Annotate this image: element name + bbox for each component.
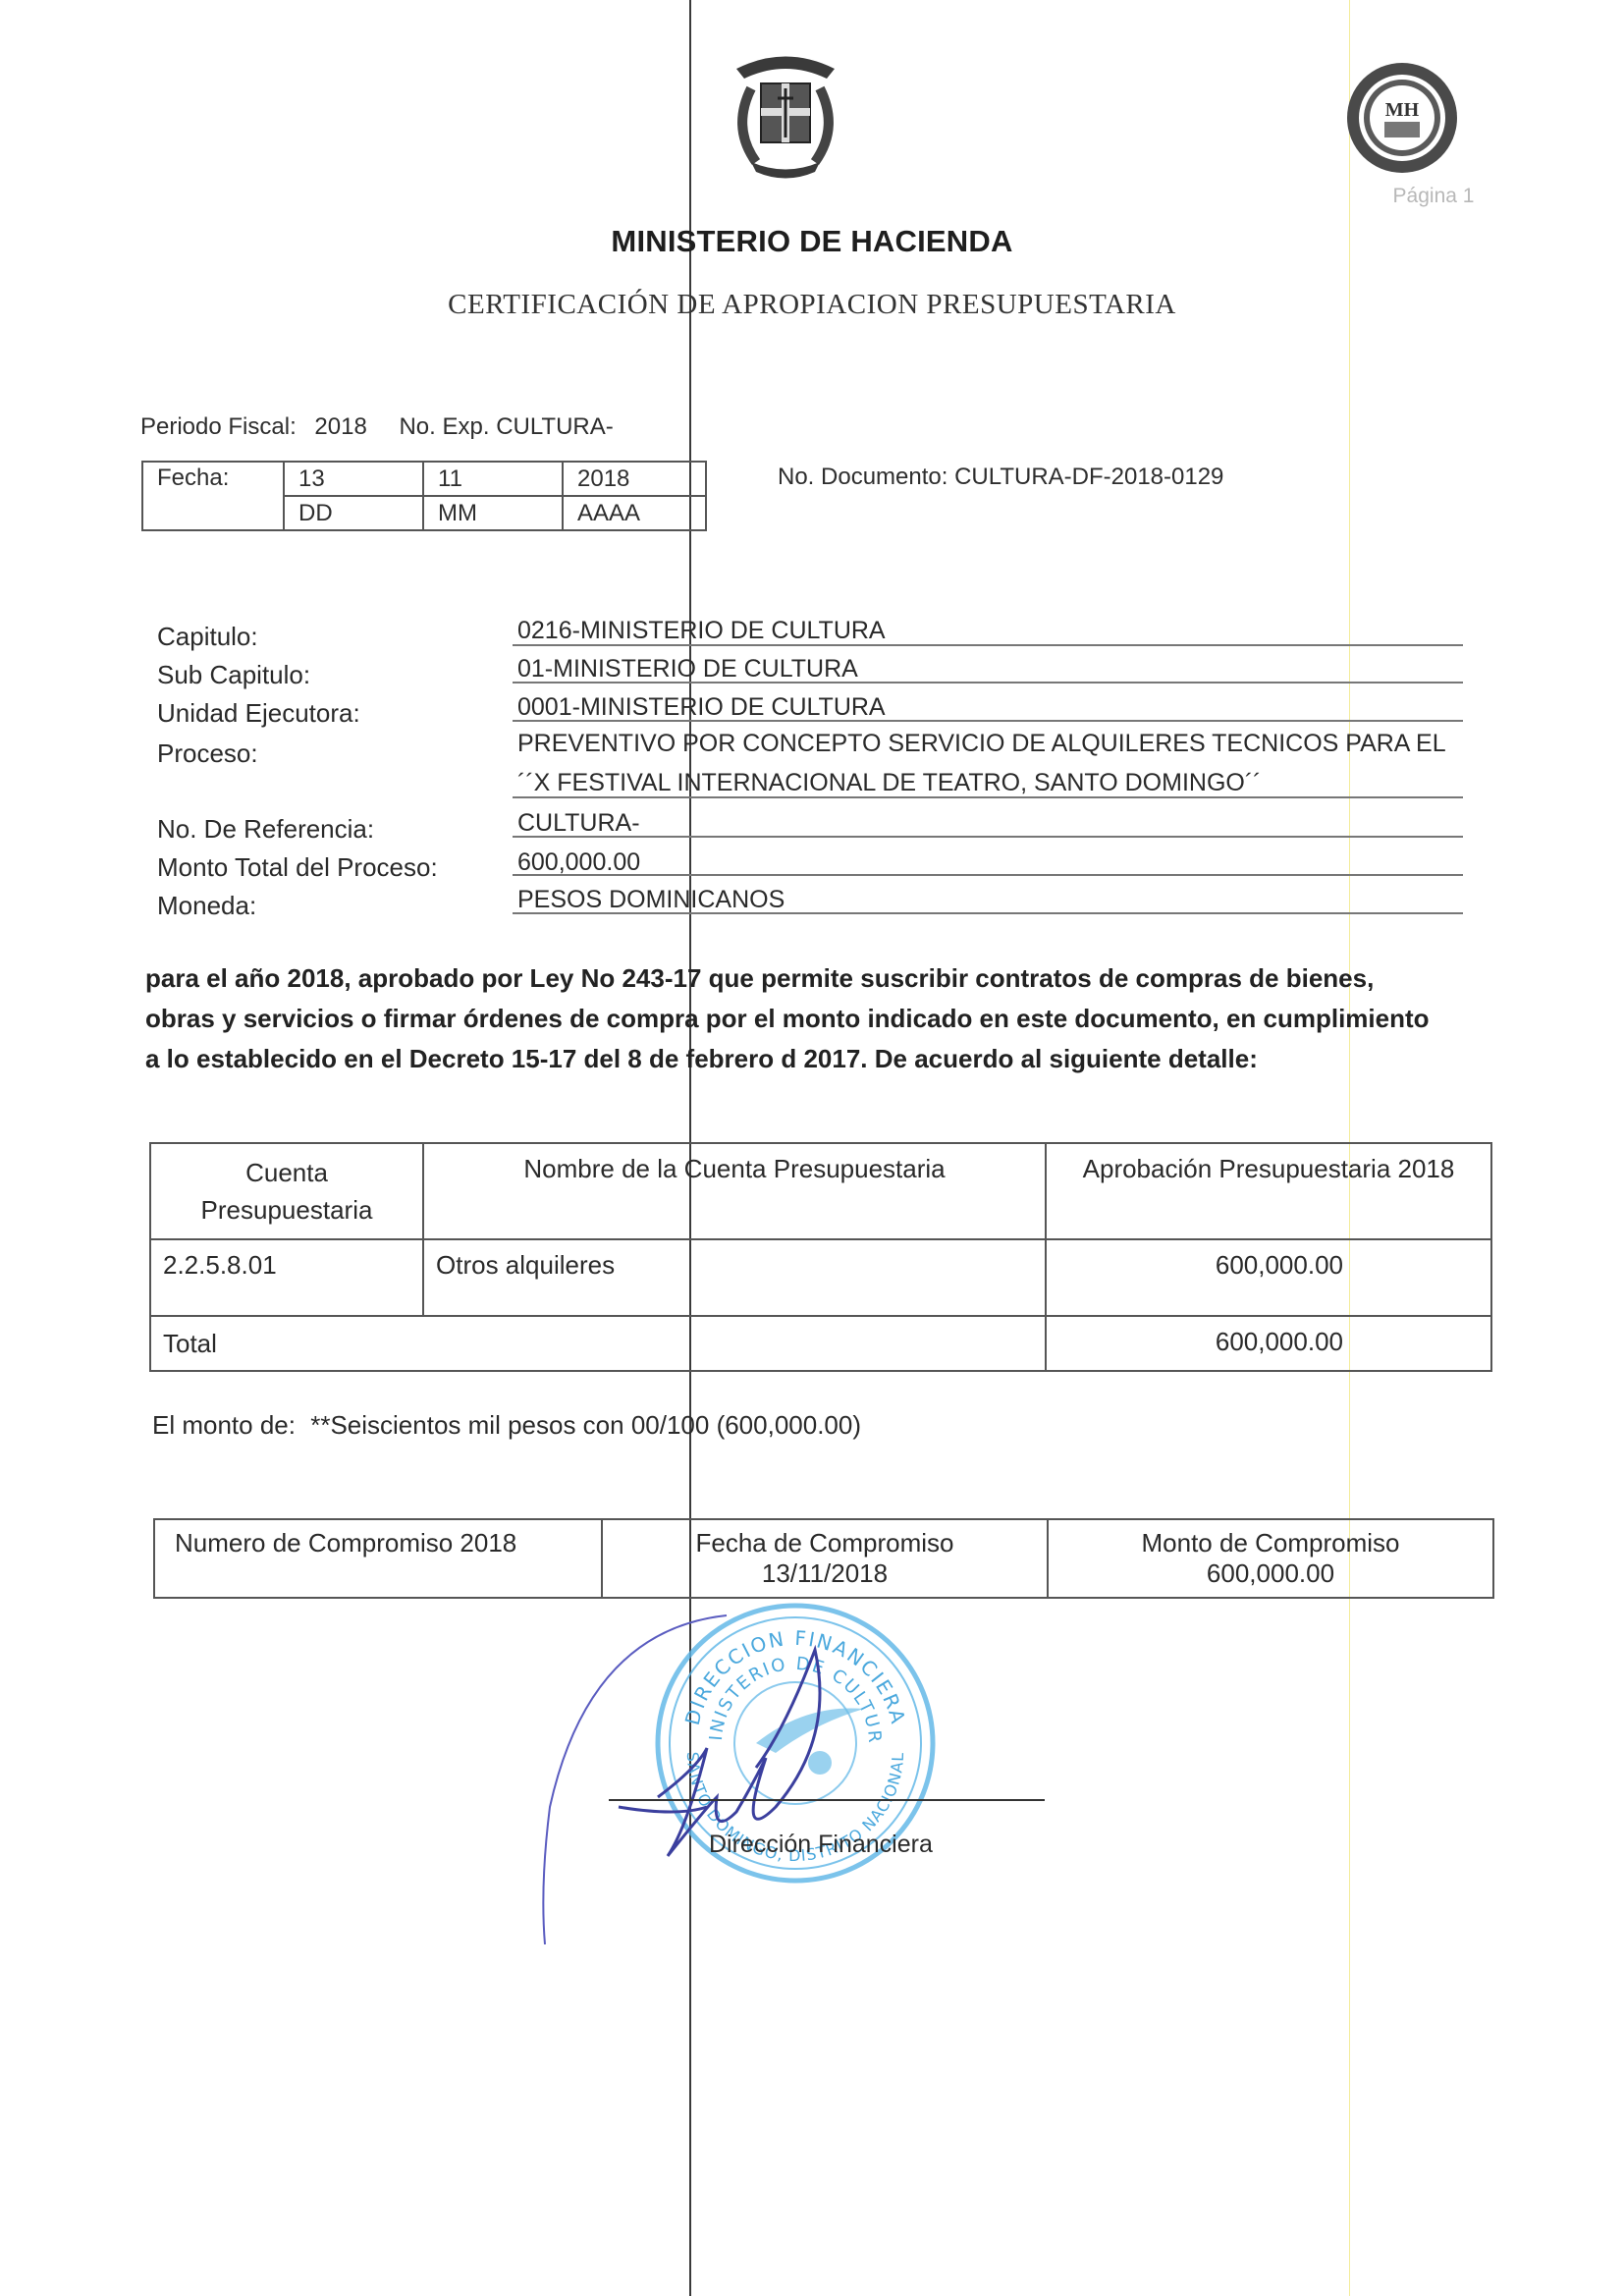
referencia-value: CULTURA- (517, 809, 640, 838)
fecha-month-hint: MM (423, 496, 563, 530)
periodo-fiscal: Periodo Fiscal: 2018 No. Exp. CULTURA- (140, 413, 614, 441)
proceso-value: PREVENTIVO POR CONCEPTO SERVICIO DE ALQU… (517, 730, 1446, 758)
monto-cell: 600,000.00 (1046, 1239, 1491, 1316)
monto-total-value: 600,000.00 (517, 848, 640, 877)
subcapitulo-value: 01-MINISTERIO DE CULTURA (517, 655, 858, 683)
field-underline (513, 720, 1463, 722)
field-underline (513, 874, 1463, 876)
page-number: Página 1 (1375, 185, 1492, 208)
monto-total-label: Monto Total del Proceso: (157, 852, 438, 883)
header-aprobacion: Aprobación Presupuestaria 2018 (1046, 1143, 1491, 1239)
paragraph-line: para el año 2018, aprobado por Ley No 24… (145, 958, 1500, 999)
amount-label: El monto de: (152, 1410, 296, 1440)
fecha-day-hint: DD (284, 496, 423, 530)
cuenta-cell: 2.2.5.8.01 (150, 1239, 423, 1316)
compromiso-number-cell: Numero de Compromiso 2018 (154, 1519, 602, 1598)
unidad-ejecutora-value: 0001-MINISTERIO DE CULTURA (517, 693, 886, 722)
field-underline (513, 912, 1463, 914)
proceso-label: Proceso: (157, 738, 258, 769)
exp-value: CULTURA- (496, 413, 614, 440)
coat-of-arms-icon (717, 39, 854, 187)
paragraph-line: a lo establecido en el Decreto 15-17 del… (145, 1039, 1500, 1079)
fecha-day: 13 (284, 462, 423, 496)
signature-label: Dirección Financiera (709, 1831, 933, 1859)
documento-label: No. Documento: (778, 464, 947, 490)
subcapitulo-label: Sub Capitulo: (157, 660, 310, 690)
field-underline (513, 682, 1463, 683)
capitulo-label: Capitulo: (157, 622, 258, 652)
total-value: 600,000.00 (1046, 1316, 1491, 1371)
unidad-ejecutora-label: Unidad Ejecutora: (157, 698, 360, 729)
fecha-year: 2018 (563, 462, 706, 496)
periodo-label: Periodo Fiscal: (140, 413, 297, 440)
field-underline (513, 836, 1463, 838)
referencia-label: No. De Referencia: (157, 814, 374, 845)
total-row: Total 600,000.00 (150, 1316, 1491, 1371)
amount-in-words: El monto de: **Seiscientos mil pesos con… (152, 1410, 861, 1441)
compromiso-amount-cell: Monto de Compromiso 600,000.00 (1048, 1519, 1493, 1598)
fecha-month: 11 (423, 462, 563, 496)
moneda-value: PESOS DOMINICANOS (517, 886, 785, 914)
capitulo-value: 0216-MINISTERIO DE CULTURA (517, 617, 886, 645)
signature-line (609, 1799, 1045, 1801)
total-label: Total (150, 1316, 1046, 1371)
svg-text:MH: MH (1385, 99, 1420, 121)
periodo-value: 2018 (314, 413, 366, 440)
exp-label: No. Exp. (399, 413, 489, 440)
compromiso-date-header: Fecha de Compromiso (623, 1528, 1027, 1558)
table-row: 2.2.5.8.01 Otros alquileres 600,000.00 (150, 1239, 1491, 1316)
field-underline (513, 796, 1463, 798)
header-nombre: Nombre de la Cuenta Presupuestaria (423, 1143, 1046, 1239)
paragraph-line: obras y servicios o firmar órdenes de co… (145, 999, 1500, 1039)
ministry-seal-icon: MH (1343, 59, 1461, 177)
document-subtitle: CERTIFICACIÓN DE APROPIACION PRESUPUESTA… (0, 289, 1624, 321)
compromiso-amount-header: Monto de Compromiso (1068, 1528, 1473, 1558)
fecha-year-hint: AAAA (563, 496, 706, 530)
fecha-label: Fecha: (142, 462, 284, 530)
budget-detail-table: Cuenta Presupuestaria Nombre de la Cuent… (149, 1142, 1492, 1372)
documento-number: No. Documento: CULTURA-DF-2018-0129 (778, 464, 1223, 491)
documento-value: CULTURA-DF-2018-0129 (954, 464, 1223, 490)
page-title: MINISTERIO DE HACIENDA (0, 224, 1624, 259)
proceso-value-line2: ´´X FESTIVAL INTERNACIONAL DE TEATRO, SA… (517, 769, 1261, 797)
compromiso-date-cell: Fecha de Compromiso 13/11/2018 (602, 1519, 1048, 1598)
nombre-cell: Otros alquileres (423, 1239, 1046, 1316)
compromiso-number-header: Numero de Compromiso 2018 (175, 1528, 581, 1558)
field-underline (513, 644, 1463, 646)
legal-paragraph: para el año 2018, aprobado por Ley No 24… (145, 958, 1500, 1079)
header-cuenta: Cuenta Presupuestaria (150, 1143, 423, 1239)
date-table: Fecha: 13 11 2018 DD MM AAAA (141, 461, 707, 531)
amount-value: **Seiscientos mil pesos con 00/100 (600,… (310, 1410, 861, 1440)
commitment-table: Numero de Compromiso 2018 Fecha de Compr… (153, 1518, 1494, 1599)
compromiso-date-value: 13/11/2018 (623, 1558, 1027, 1589)
signature-icon (511, 1611, 962, 1944)
moneda-label: Moneda: (157, 891, 256, 921)
compromiso-amount-value: 600,000.00 (1068, 1558, 1473, 1589)
